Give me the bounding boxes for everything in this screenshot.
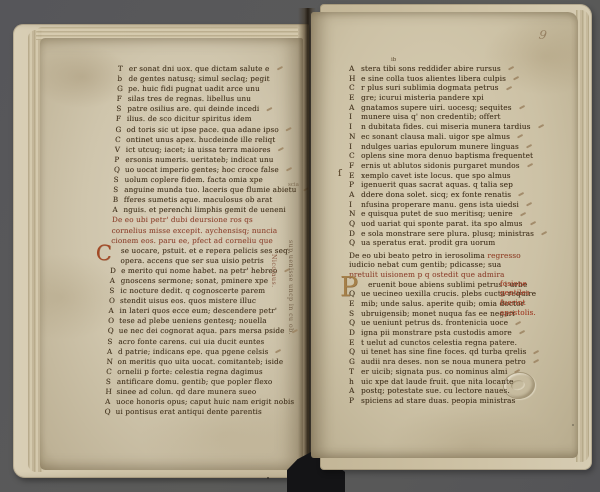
verse-text: ic nocture dedit. q cognoscerte parem bbox=[120, 286, 265, 295]
verse-initial: A bbox=[107, 347, 118, 356]
verse-text: gnoscens sermone; sonat, pminere xpe bbox=[121, 276, 269, 285]
verse-line: Santificare domu. gentib; que popler fle… bbox=[106, 377, 294, 387]
verse-line: Que uecineo uexilla crucis. plebs cucta … bbox=[349, 289, 567, 299]
verse-initial: G bbox=[115, 125, 126, 134]
verse-line: Vict utcuq; iacet; ia uissa terra maiore… bbox=[115, 145, 303, 155]
verse-initial: F bbox=[349, 161, 361, 170]
verse-initial: I bbox=[349, 112, 361, 121]
verse-line: Que nec dei cognorat aqua. pars mersa ps… bbox=[108, 326, 296, 336]
verse-initial: A bbox=[349, 103, 361, 112]
verse-text: gre; icurui misteria pandere xpi bbox=[361, 93, 484, 102]
verse-initial: N bbox=[349, 132, 361, 141]
verse-text: nfusina properare manu. gens ista uiedsi bbox=[361, 200, 519, 209]
verse-text: antificare domu. gentib; que popler flex… bbox=[117, 377, 273, 386]
verse-initial: Q bbox=[108, 326, 119, 335]
verse-line: Ad patrie; indicans epe. qua pgene celsi… bbox=[107, 347, 295, 357]
verse-text: ue nec dei cognorat aqua. pars mersa psi… bbox=[119, 326, 285, 335]
verse-text: uod uariat qui sponte parat. ita spo alm… bbox=[361, 219, 523, 228]
verse-initial: O bbox=[109, 296, 120, 305]
dust-speck bbox=[572, 424, 574, 426]
verse-initial: Q bbox=[349, 238, 361, 247]
verse-initial: T bbox=[349, 367, 361, 376]
verse-text: oplens sine mora denuo baptisma frequent… bbox=[361, 151, 533, 160]
verse-text: e merito qui nome habet. na petr' hebreo bbox=[121, 266, 278, 275]
verse-line: Digna pii monstrare psta custodis amore bbox=[349, 328, 567, 338]
verse-line: Ne quisqua putet de suo meritisq; uenire bbox=[349, 209, 567, 219]
verse-line: Gaudii nra deses. non se noua munera pet… bbox=[349, 357, 567, 367]
verse-initial: A bbox=[105, 397, 116, 406]
verse-initial: Q bbox=[349, 347, 361, 356]
verse-line: Cr plus suri sublimia dogmata petrus bbox=[349, 83, 567, 93]
verse-line: Pigenuerit quas sacrat aquas. q talia se… bbox=[349, 180, 567, 190]
verse-initial: D bbox=[110, 266, 121, 275]
verse-text: od toris sic ut ipse pace. qua adane ips… bbox=[126, 125, 279, 134]
verse-initial: Q bbox=[349, 289, 361, 298]
verse-line: Indulges uarias epulorum munere linguas bbox=[349, 142, 567, 152]
verse-line: Astera tibi sons reddider abire rursus bbox=[349, 64, 567, 74]
verse-text: e sola monstrare sere plura. plusq; mini… bbox=[361, 229, 534, 238]
verse-initial: Q bbox=[104, 407, 115, 416]
verse-line: Qua speratus erat. prodit gra uorum bbox=[349, 238, 567, 248]
folio-number: 9 bbox=[538, 27, 548, 42]
interlinear-gloss: ib bbox=[391, 57, 396, 63]
red-gloss: fuerint bbox=[500, 299, 526, 307]
verse-text: acro fonte carens. cui uia ducit euntes bbox=[118, 337, 264, 346]
verse-text: ontinet unus apex. hucdeinde ille reliqt bbox=[126, 135, 276, 144]
red-gloss: apostolis. bbox=[500, 309, 536, 317]
verse-text: xemplo cavet iste locus. que spo almus bbox=[361, 171, 511, 180]
left-margin-vertical-name: Nicolaus. bbox=[270, 254, 277, 354]
verse-initial: h bbox=[349, 377, 361, 386]
verse-initial: P bbox=[114, 155, 125, 164]
verse-initial: N bbox=[349, 209, 361, 218]
verse-text: uo uocat imperio gentes; hoc croce false bbox=[125, 165, 279, 174]
verse-text: ornelii p forte: celestia regna dagimus bbox=[117, 367, 263, 376]
verse-text: er uicib; signata pus. co nominus almi bbox=[361, 367, 507, 376]
verse-text: ua speratus erat. prodit gra uorum bbox=[361, 238, 495, 247]
verse-text: munere uisa q' non credentib; offert bbox=[361, 112, 501, 121]
verse-line: Auoce honoris opus; caput huic nam erigi… bbox=[105, 397, 293, 407]
verse-text: igna pii monstrare psta custodis amore bbox=[361, 328, 512, 337]
verse-text: uic xpe dat laude fruit. que nita locant… bbox=[361, 377, 514, 386]
verse-line: Fernis ut ablutos sidonis purgaret mundo… bbox=[349, 161, 567, 171]
verse-text: nguis. et perenchi limphis gemit de uene… bbox=[123, 205, 286, 214]
verse-line: Suolum coplere fidem. facta omia xpe bbox=[113, 175, 301, 185]
verse-initial: A bbox=[349, 386, 361, 395]
verse-line: In dubitata fides. cui miseria munera ta… bbox=[349, 122, 567, 132]
verse-text: r plus suri sublimia dogmata petrus bbox=[361, 83, 499, 92]
verse-line: Fsilas tres de regnas. libellus unu bbox=[116, 94, 304, 104]
verse-initial: D bbox=[349, 229, 361, 238]
verse-initial: H bbox=[105, 387, 116, 396]
verse-text: d patrie; indicans epe. qua pgene celsis bbox=[118, 347, 269, 356]
verse-line: Qui pontisus erat antiqui dente parentis bbox=[104, 407, 292, 417]
verse-line: Qui tenet has sine fine foces. qd turba … bbox=[349, 347, 567, 357]
verse-line: Anguis. et perenchi limphis gemit de uen… bbox=[112, 205, 300, 215]
verse-text: n dubitata fides. cui miseria munera tar… bbox=[361, 122, 531, 131]
verse-text: er sonat dni uox. que dictam salute e bbox=[129, 64, 270, 73]
verse-text: ict utcuq; iacet; ia uissa terra maiores bbox=[126, 145, 271, 154]
verse-text: ui tenet has sine fine foces. qd turba q… bbox=[361, 347, 526, 356]
verse-line: He sine colla tuos alientes libera culpi… bbox=[349, 74, 567, 84]
red-gloss: gentiles bbox=[500, 289, 530, 297]
verse-text: igenuerit quas sacrat aquas. q talia sep bbox=[361, 180, 513, 189]
verse-line: Ter sonat dni uox. que dictam salute e bbox=[118, 64, 306, 74]
verse-initial: A bbox=[349, 190, 361, 199]
verse-text: e quisqua putet de suo meritisq; uenire bbox=[361, 209, 513, 218]
verse-line: Personis numeris. ueritateb; indicat unu bbox=[114, 155, 302, 165]
verse-text: sinee ad colun. qd dare munera sueo bbox=[116, 387, 256, 396]
verse-initial: B bbox=[113, 195, 124, 204]
verse-line: Sacro fonte carens. cui uia ducit euntes bbox=[107, 337, 295, 347]
verse-line: Quod uariat qui sponte parat. ita spo al… bbox=[349, 219, 567, 229]
drop-initial-C: C bbox=[95, 243, 112, 263]
right-page: 9 ·· ⸙ ib Astera tibi sons reddider abir… bbox=[311, 12, 578, 458]
verse-line: Bfferes sumetis aque. maculosus ob arat bbox=[113, 195, 301, 205]
verse-initial: C bbox=[106, 367, 117, 376]
verse-text: silas tres de regnas. libellus unu bbox=[127, 94, 251, 103]
text-line: De eo ubi petr' dubi deursione ros qs bbox=[112, 215, 300, 225]
verse-line: Et uelut ad cunctos celestia regna pater… bbox=[349, 338, 567, 348]
verse-initial: Q bbox=[114, 165, 125, 174]
verse-text: in lateri quos ecce eum; descendere petr… bbox=[119, 306, 277, 315]
verse-text: e sine colla tuos alientes libera culpis bbox=[361, 74, 506, 83]
verse-text: ec sonant clausa mali. uigor spe almus bbox=[361, 132, 510, 141]
verse-text: anguine munda tuo. laceris que flumie ab… bbox=[124, 185, 297, 194]
verse-line: huic xpe dat laude fruit. que nita locan… bbox=[349, 377, 567, 387]
verse-text: ddere dona solet. sicq; ex fonte renatis bbox=[361, 190, 511, 199]
verse-text: de gentes natusq; simul seclaq; pegit bbox=[128, 74, 270, 83]
verse-initial: V bbox=[115, 145, 126, 154]
verse-text: ilius. de sco dicitur spiritus idem bbox=[127, 114, 252, 123]
verse-line: eruenit boue abiens sublimi petrus i urb… bbox=[349, 280, 567, 290]
heading-text: De eo ubi beato petro in ierosolima bbox=[349, 251, 485, 260]
verse-text: ersonis numeris. ueritateb; indicat unu bbox=[125, 155, 274, 164]
verse-line: Otese ad plebe ueniens gentesq; nouella bbox=[108, 316, 296, 326]
verse-line: Pspiciens ad stare duas. peopia ministra… bbox=[349, 396, 567, 406]
verse-line: ſExemplo cavet iste locus. que spo almus bbox=[349, 171, 567, 181]
verse-initial: P bbox=[349, 396, 361, 405]
verse-line: Egre; icurui misteria pandere xpi bbox=[349, 93, 567, 103]
verse-initial: F bbox=[116, 114, 127, 123]
verse-initial: C bbox=[349, 151, 361, 160]
verse-initial: I bbox=[349, 200, 361, 209]
right-heading-line-1: De eo ubi beato petro in ierosolima regr… bbox=[349, 251, 567, 261]
verse-text: ndulges uarias epulorum munere linguas bbox=[361, 142, 519, 151]
verse-initial: C bbox=[349, 83, 361, 92]
verse-line: Emib; unde salus. aperite quib; omia doc… bbox=[349, 299, 567, 309]
verse-line: bde gentes natusq; simul seclaq; pegit bbox=[117, 74, 305, 84]
verse-text: ue ueniunt petrus ds. frontenicia uoce bbox=[361, 318, 508, 327]
verse-line: Continet unus apex. hucdeinde ille reliq… bbox=[115, 135, 303, 145]
right-heading-line-2: iudicio nebat cum gentib; pdicasse; sua bbox=[349, 260, 567, 270]
verse-line: Gpe. huic fidi pugnat uadit arce unu bbox=[117, 84, 305, 94]
left-page: Ter sonat dni uox. que dictam salute ebd… bbox=[40, 38, 303, 470]
verse-line: Non meritis quo uita uocat. comitanteb; … bbox=[106, 357, 294, 367]
heading-red-word: regresso bbox=[487, 251, 520, 260]
verse-text: uoce honoris opus; caput huic nam erigit… bbox=[116, 397, 295, 406]
verse-initial: I bbox=[349, 122, 361, 131]
verse-initial: H bbox=[349, 74, 361, 83]
verse-line: Apostq; potestate sue. cu lectore naues. bbox=[349, 386, 567, 396]
verse-line: Ain lateri quos ecce eum; descendere pet… bbox=[108, 306, 296, 316]
right-rubric-line: pretulit uisionem p q ostedit que admira bbox=[349, 270, 567, 280]
text-line: cornelius misse excepit. aychensisq; nun… bbox=[111, 226, 299, 236]
verse-initial: G bbox=[349, 357, 361, 366]
verse-initial: Q bbox=[349, 219, 361, 228]
verse-line: Infusina properare manu. gens ista uieds… bbox=[349, 200, 567, 210]
verse-text: pe. huic fidi pugnat uadit arce unu bbox=[128, 84, 260, 93]
right-page-text-block: ·· ⸙ ib Astera tibi sons reddider abire … bbox=[349, 64, 567, 406]
verse-text: ubruigensib; monet nuqua fas ee negari bbox=[361, 309, 515, 318]
verse-line: Imunere uisa q' non credentib; offert bbox=[349, 112, 567, 122]
verse-initial: E bbox=[349, 338, 361, 347]
left-verse-block-top: Ter sonat dni uox. que dictam salute ebd… bbox=[112, 64, 306, 215]
left-rubric: De eo ubi petr' dubi deursione ros qscor… bbox=[111, 215, 300, 245]
verse-initial: A bbox=[108, 306, 119, 315]
verse-initial: S bbox=[109, 286, 120, 295]
verse-line: Nec sonant clausa mali. uigor spe almus bbox=[349, 132, 567, 142]
verse-initial: A bbox=[349, 64, 361, 73]
left-page-text-block: Ter sonat dni uox. que dictam salute ebd… bbox=[104, 64, 306, 417]
right-verse-block-top: Astera tibi sons reddider abire rursusHe… bbox=[349, 64, 567, 248]
verse-text: tese ad plebe ueniens gentesq; nouella bbox=[119, 316, 267, 325]
verse-line: Que ueniunt petrus ds. frontenicia uoce bbox=[349, 318, 567, 328]
dust-speck bbox=[267, 477, 269, 479]
verse-text: stendit uisus eos. quos mistere illuc bbox=[120, 296, 256, 305]
verse-line: Quo uocat imperio gentes; hoc croce fals… bbox=[114, 165, 302, 175]
verse-initial: P bbox=[349, 180, 361, 189]
verse-text: ui pontisus erat antiqui dente parentis bbox=[115, 407, 262, 416]
verse-text: patre osilius are. qui deinde incedi bbox=[127, 104, 259, 113]
verse-line: God toris sic ut ipse pace. qua adane ip… bbox=[115, 125, 303, 135]
verse-text: postq; potestate sue. cu lectore naues. bbox=[361, 386, 510, 395]
verse-text: audii nra deses. non se noua munera petr… bbox=[361, 357, 526, 366]
verse-initial: S bbox=[349, 309, 361, 318]
verse-text: uolum coplere fidem. facta omia xpe bbox=[124, 175, 263, 184]
verse-line: Ter uicib; signata pus. co nominus almi bbox=[349, 367, 567, 377]
verse-line: Sanguine munda tuo. laceris que flumie a… bbox=[113, 185, 301, 195]
verse-text: ernis ut ablutos sidonis purgaret mundos bbox=[361, 161, 520, 170]
verse-initial: C bbox=[115, 135, 126, 144]
verse-line: Agnatamos supere uiri. uocesq; sequites bbox=[349, 103, 567, 113]
verse-initial: T bbox=[118, 64, 129, 73]
verse-line: De sola monstrare sere plura. plusq; min… bbox=[349, 229, 567, 239]
verse-initial: S bbox=[113, 175, 124, 184]
left-margin-vertical-note: sup uenisse uncp in cu ob. bbox=[287, 240, 294, 375]
verse-initial: E bbox=[349, 171, 361, 180]
red-gloss: fosione bbox=[500, 280, 527, 288]
verse-initial: A bbox=[110, 276, 121, 285]
verse-line: Hsinee ad colun. qd dare munera sueo bbox=[105, 387, 293, 397]
verse-text: fferes sumetis aque. maculosus ob arat bbox=[124, 195, 273, 204]
verse-initial: b bbox=[117, 74, 128, 83]
verse-initial: I bbox=[349, 142, 361, 151]
verse-initial: S bbox=[113, 185, 124, 194]
verse-initial: O bbox=[108, 316, 119, 325]
verse-initial: F bbox=[116, 94, 127, 103]
verse-text: stera tibi sons reddider abire rursus bbox=[361, 64, 501, 73]
verse-line: Cornelii p forte: celestia regna dagimus bbox=[106, 367, 294, 377]
manuscript-photo: Ter sonat dni uox. que dictam salute ebd… bbox=[0, 0, 600, 492]
verse-initial: A bbox=[112, 205, 123, 214]
verse-text: t uelut ad cunctos celestia regna patere… bbox=[361, 338, 517, 347]
paraph-mark: ſ bbox=[338, 169, 341, 179]
verse-line: Ostendit uisus eos. quos mistere illuc bbox=[109, 296, 297, 306]
verse-initial: E bbox=[349, 299, 361, 308]
verse-line: Filius. de sco dicitur spiritus idem bbox=[116, 114, 304, 124]
verse-initial: D bbox=[349, 328, 361, 337]
verse-line: Subruigensib; monet nuqua fas ee negaria… bbox=[349, 309, 567, 319]
verse-initial: S bbox=[106, 377, 117, 386]
verse-initial: N bbox=[106, 357, 117, 366]
verse-initial: S bbox=[107, 337, 118, 346]
verse-text: on meritis quo uita uocat. comitanteb; i… bbox=[117, 357, 283, 366]
verse-line: Coplens sine mora denuo baptisma frequen… bbox=[349, 151, 567, 161]
verse-initial: G bbox=[117, 84, 128, 93]
verse-initial: Q bbox=[349, 318, 361, 327]
verse-line: Spatre osilius are. qui deinde incedi bbox=[116, 104, 304, 114]
verse-line: Addere dona solet. sicq; ex fonte renati… bbox=[349, 190, 567, 200]
right-initial-block: P eruenit boue abiens sublimi petrus i u… bbox=[349, 280, 567, 406]
verse-text: spiciens ad stare duas. peopia ministras bbox=[361, 396, 515, 405]
verse-text: gnatamos supere uiri. uocesq; sequites bbox=[361, 103, 512, 112]
verse-initial: E bbox=[349, 93, 361, 102]
text-line: cionem eos. paru ee, pfect ad corneliu q… bbox=[111, 236, 299, 246]
verse-initial: S bbox=[116, 104, 127, 113]
